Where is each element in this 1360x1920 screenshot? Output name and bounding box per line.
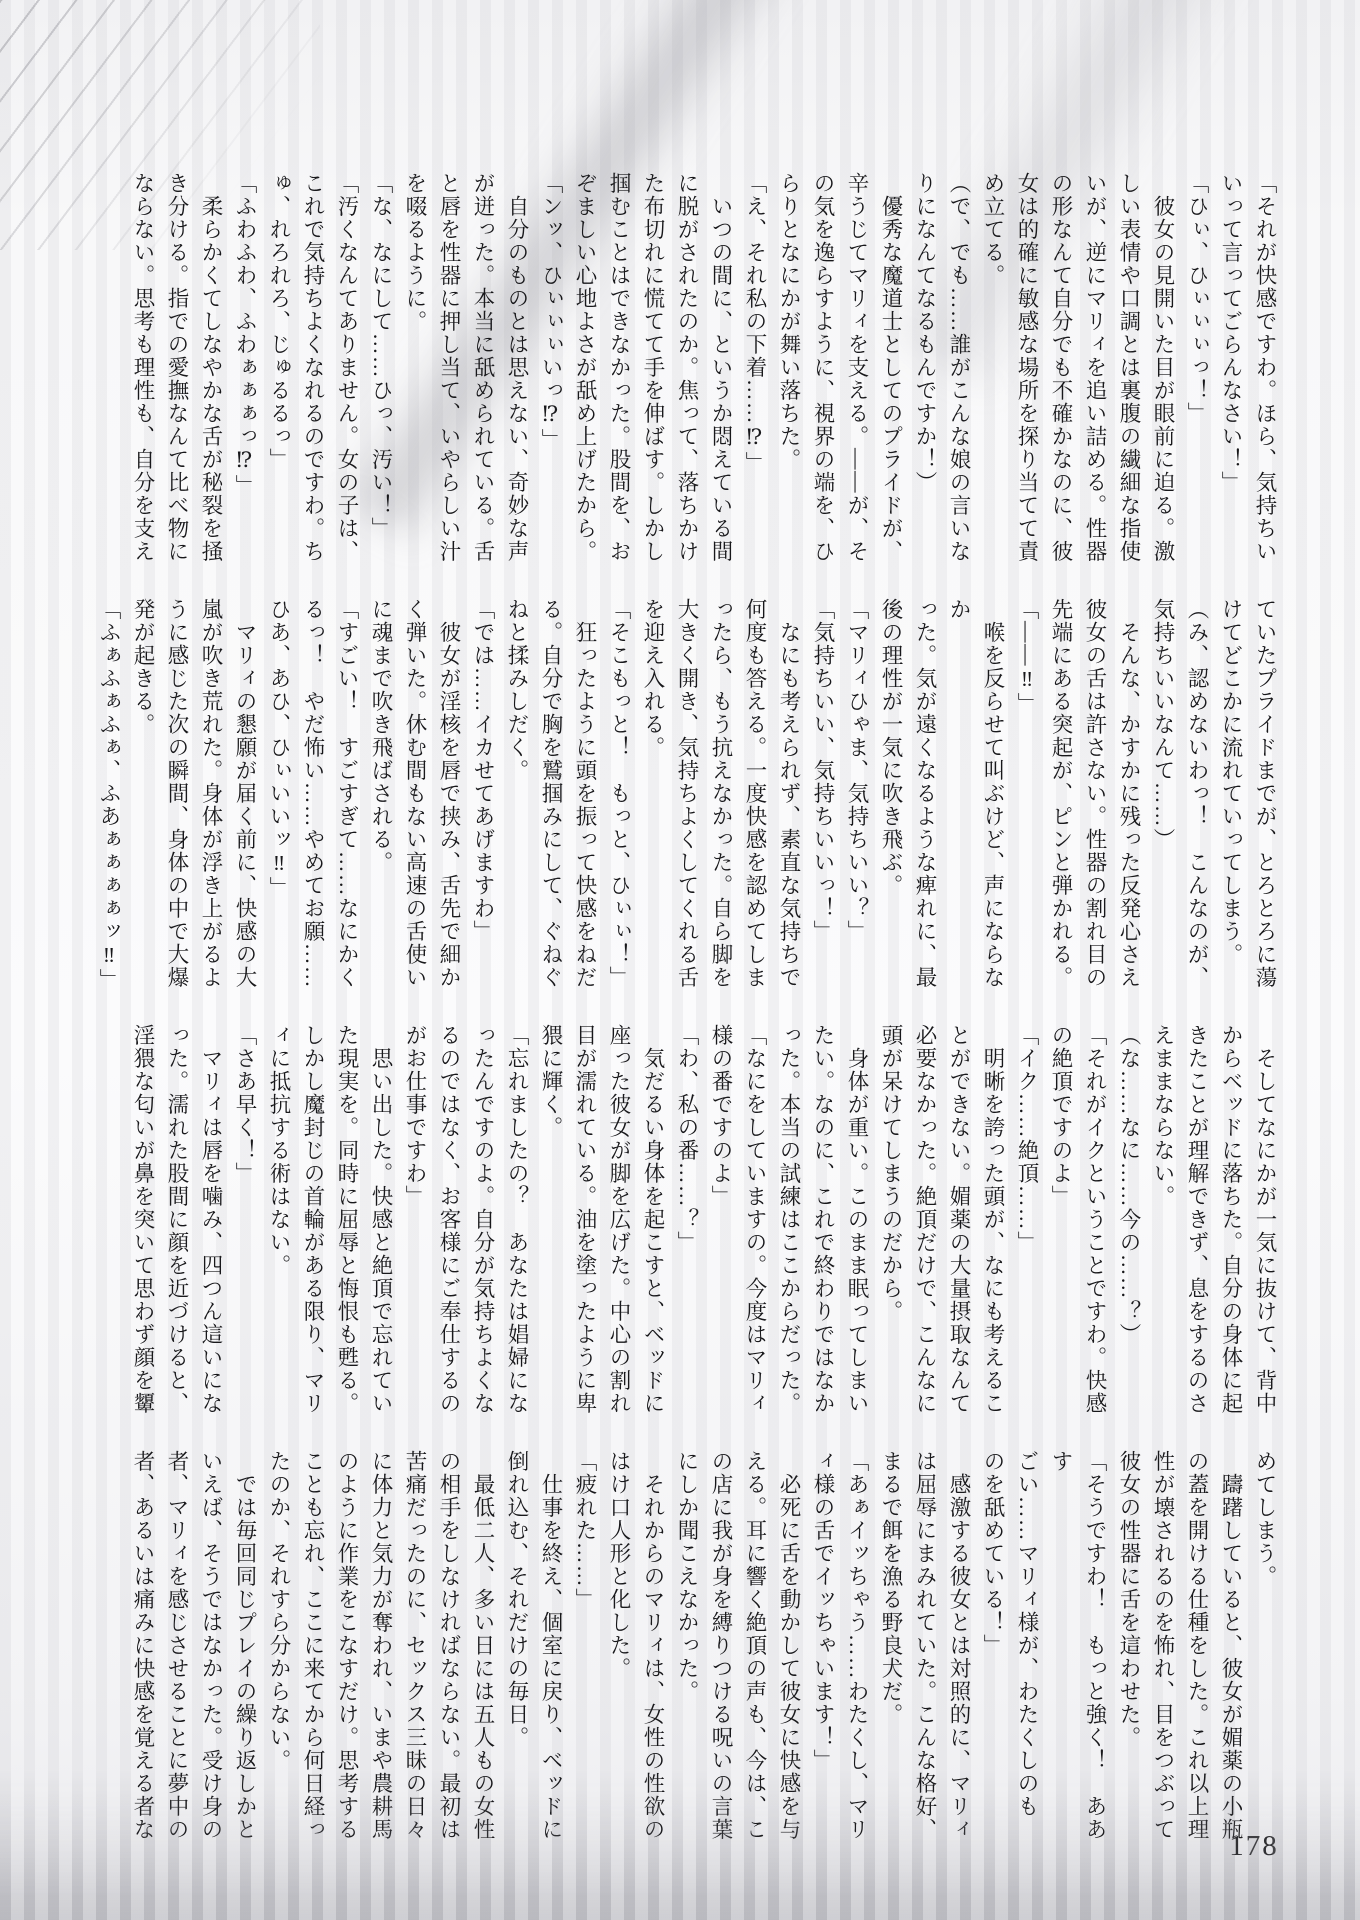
text-line: 「では……イカせてあげますわ」 <box>466 598 500 1010</box>
text-line: の店に我が身を縛りつける呪いの言葉 <box>704 1450 738 1862</box>
text-line: た現実を。同時に屈辱と悔恨も甦る。 <box>330 1024 364 1436</box>
text-line: 「疲れた……」 <box>568 1450 602 1862</box>
text-line: たのか、それすら分からない。 <box>262 1450 296 1862</box>
text-line: 「さあ早く！」 <box>228 1024 262 1436</box>
text-line: の気を逸らすように、視界の端を、ひ <box>806 172 840 584</box>
text-line: （み、認めないわっ！ こんなのが、 <box>1180 598 1214 1010</box>
text-line: ならない。思考も理性も、自分を支え <box>126 172 160 584</box>
text-line: 身体が重い。このまま眠ってしまい <box>840 1024 874 1436</box>
text-line: 「な、なにして……ひっ、汚い！」 <box>364 172 398 584</box>
text-line: 「気持ちいい、気持ちいいっ！」 <box>806 598 840 1010</box>
text-line: 頭が呆けてしまうのだから。 <box>874 1024 908 1436</box>
text-line: 苦痛だったのに、セックス三昧の日々 <box>398 1450 432 1862</box>
text-line: ひあ、あひ、ひぃいいッ‼」 <box>262 598 296 1010</box>
text-line: 「それが快感ですわ。ほら、気持ちい <box>1248 172 1282 584</box>
text-line: を啜るように。 <box>398 172 432 584</box>
text-line: の蓋を開ける仕種をした。これ以上理 <box>1180 1450 1214 1862</box>
text-line: のように作業をこなすだけ。思考する <box>330 1450 364 1862</box>
text-line: 「ふわふわ、ふわぁぁぁっ⁉」 <box>228 172 262 584</box>
text-line: 「わ、私の番……？」 <box>670 1024 704 1436</box>
text-line: 必要なかった。絶頂だけで、こんなに <box>908 1024 942 1436</box>
text-line: 発が起きる。 <box>126 598 160 1010</box>
text-line: いって言ってごらんなさい！」 <box>1214 172 1248 584</box>
text-line: に魂まで吹き飛ばされる。 <box>364 598 398 1010</box>
text-line: はけ口人形と化した。 <box>602 1450 636 1862</box>
text-line: ぞましい心地よさが舐め上げたから。 <box>568 172 602 584</box>
text-line: うに感じた次の瞬間、身体の中で大爆 <box>160 598 194 1010</box>
text-line: ねと揉みしだく。 <box>500 598 534 1010</box>
text-line: が迸った。本当に舐められている。舌 <box>466 172 500 584</box>
text-line: 彼女の性器に舌を這わせた。 <box>1112 1450 1146 1862</box>
text-line: らりとなにかが舞い落ちた。 <box>772 172 806 584</box>
text-line: にしか聞こえなかった。 <box>670 1450 704 1862</box>
text-line: った。気が遠くなるような痺れに、最 <box>908 598 942 1010</box>
text-line: 「え、それ私の下着……⁉」 <box>738 172 772 584</box>
text-band-4: めてしまう。 躊躇していると、彼女が媚薬の小瓶の蓋を開ける仕種をした。これ以上理… <box>126 1450 1282 1862</box>
text-line: では毎回同じプレイの繰り返しかと <box>228 1450 262 1862</box>
text-line: しかし魔封じの首輪がある限り、マリ <box>296 1024 330 1436</box>
text-line: 喉を反らせて叫ぶけど、声にならなか <box>942 598 1010 1010</box>
text-line: の絶頂ですのよ」 <box>1044 1024 1078 1436</box>
text-line: 「そこもっと！ もっと、ひぃぃ！」 <box>602 598 636 1010</box>
text-line: 柔らかくてしなやかな舌が秘裂を掻 <box>194 172 228 584</box>
text-line: （で、でも……誰がこんな娘の言いな <box>942 172 976 584</box>
text-line: 「イク……絶頂……」 <box>1010 1024 1044 1436</box>
text-line: 何度も答える。一度快感を認めてしま <box>738 598 772 1010</box>
text-line: の形なんて自分でも不確かなのに、彼 <box>1044 172 1078 584</box>
text-line: 「マリィひゃま、気持ちいい？」 <box>840 598 874 1010</box>
text-line: 「ひぃ、ひぃぃぃっ！」 <box>1180 172 1214 584</box>
text-line: 「すごい！ すごすぎて……なにかく <box>330 598 364 1010</box>
text-line: 者、あるいは痛みに快感を覚える者な <box>126 1450 160 1862</box>
text-line: いえば、そうではなかった。受け身の <box>194 1450 228 1862</box>
text-line: たい。なのに、これで終わりではなか <box>806 1024 840 1436</box>
text-line: いつの間に、というか悶えている間 <box>704 172 738 584</box>
text-line: 嵐が吹き荒れた。身体が浮き上がるよ <box>194 598 228 1010</box>
text-line: 倒れ込む、それだけの毎日。 <box>500 1450 534 1862</box>
text-line: 自分のものとは思えない、奇妙な声 <box>500 172 534 584</box>
text-line: き分ける。指での愛撫なんて比べ物に <box>160 172 194 584</box>
text-line: 「あぁイッちゃう……わたくし、マリ <box>840 1450 874 1862</box>
text-line: め立てる。 <box>976 172 1010 584</box>
text-line: いが、逆にマリィを追い詰める。性器 <box>1078 172 1112 584</box>
text-line: そしてなにかが一気に抜けて、背中 <box>1248 1024 1282 1436</box>
text-line: 感激する彼女とは対照的に、マリィ <box>942 1450 976 1862</box>
text-line: る。自分で胸を鷲掴みにして、ぐねぐ <box>534 598 568 1010</box>
text-line: 狂ったように頭を振って快感をねだ <box>568 598 602 1010</box>
text-line: ことも忘れ、ここに来てから何日経っ <box>296 1450 330 1862</box>
page-number: 178 <box>1224 1830 1284 1863</box>
text-line: まるで餌を漁る野良犬だ。 <box>874 1450 908 1862</box>
text-line: 座った彼女が脚を広げた。中心の割れ <box>602 1024 636 1436</box>
text-line: ったら、もう抗えなかった。自ら脚を <box>704 598 738 1010</box>
text-line: は屈辱にまみれていた。こんな格好、 <box>908 1450 942 1862</box>
text-line: 「忘れましたの？ あなたは娼婦にな <box>500 1024 534 1436</box>
text-line: 淫猥な匂いが鼻を突いて思わず顔を顰 <box>126 1024 160 1436</box>
text-line: 掴むことはできなかった。股間を、お <box>602 172 636 584</box>
text-line: しい表情や口調とは裏腹の繊細な指使 <box>1112 172 1146 584</box>
text-line: マリィの懇願が届く前に、快感の大 <box>228 598 262 1010</box>
text-line: 「それがイクということですわ。快感 <box>1078 1024 1112 1436</box>
text-line: 目が濡れている。油を塗ったように卑 <box>568 1024 602 1436</box>
text-line: える。耳に響く絶頂の声も、今は、こ <box>738 1450 772 1862</box>
text-line: 先端にある突起が、ピンと弾かれる。 <box>1044 598 1078 1010</box>
text-line: 彼女が淫核を唇で挟み、舌先で細か <box>432 598 466 1010</box>
text-line: マリィは唇を噛み、四つん這いにな <box>194 1024 228 1436</box>
text-line: がお仕事ですわ」 <box>398 1024 432 1436</box>
text-line: るのではなく、お客様にご奉仕するの <box>432 1024 466 1436</box>
text-line: 「そうですわ！ もっと強く！ ああす <box>1044 1450 1112 1862</box>
text-line: ったんですのよ。自分が気持ちよくな <box>466 1024 500 1436</box>
text-line: 思い出した。快感と絶頂で忘れてい <box>364 1024 398 1436</box>
text-line: 優秀な魔道士としてのプライドが、 <box>874 172 908 584</box>
text-line: とができない。媚薬の大量摂取なんて <box>942 1024 976 1436</box>
text-line: 大きく開き、気持ちよくしてくれる舌 <box>670 598 704 1010</box>
text-line: く弾いた。休む間もない高速の舌使い <box>398 598 432 1010</box>
text-line: に体力と気力が奪われ、いまや農耕馬 <box>364 1450 398 1862</box>
text-line: った。濡れた股間に顔を近づけると、 <box>160 1024 194 1436</box>
text-line: った。本当の試練はここからだった。 <box>772 1024 806 1436</box>
text-line: なにも考えられず、素直な気持ちで <box>772 598 806 1010</box>
text-line: に脱がされたのか。焦って、落ちかけ <box>670 172 704 584</box>
text-band-1: 「それが快感ですわ。ほら、気持ちいいって言ってごらんなさい！」「ひぃ、ひぃぃぃっ… <box>126 172 1282 584</box>
text-line: 最低二人、多い日には五人もの女性 <box>466 1450 500 1862</box>
text-line: りになんてなるもんですか！） <box>908 172 942 584</box>
text-line: 様の番ですのよ」 <box>704 1024 738 1436</box>
text-line: 彼女の見開いた目が眼前に迫る。激 <box>1146 172 1180 584</box>
text-line: 必死に舌を動かして彼女に快感を与 <box>772 1450 806 1862</box>
text-line: ごい……マリィ様が、わたくしのも <box>1010 1450 1044 1862</box>
text-line: きたことが理解できず、息をするのさ <box>1180 1024 1214 1436</box>
text-line: けてどこかに流れていってしまう。 <box>1214 598 1248 1010</box>
text-line: 気持ちいいなんて……） <box>1146 598 1180 1010</box>
text-line: 仕事を終え、個室に戻り、ベッドに <box>534 1450 568 1862</box>
text-line: ていたプライドまでが、とろとろに蕩 <box>1248 598 1282 1010</box>
text-line: 性が壊されるのを怖れ、目をつぶって <box>1146 1450 1180 1862</box>
text-line: 辛うじてマリィを支える。――が、そ <box>840 172 874 584</box>
text-line: そんな、かすかに残った反発心さえ <box>1112 598 1146 1010</box>
text-line: からベッドに落ちた。自分の身体に起 <box>1214 1024 1248 1436</box>
text-line: これで気持ちよくなれるのですわ。ち <box>296 172 330 584</box>
text-line: 「汚くなんてありません。女の子は、 <box>330 172 364 584</box>
text-line: 気だるい身体を起こすと、ベッドに <box>636 1024 670 1436</box>
text-line: を迎え入れる。 <box>636 598 670 1010</box>
text-line: と唇を性器に押し当て、いやらしい汁 <box>432 172 466 584</box>
text-line: るっ！ やだ怖い……やめてお願…… <box>296 598 330 1010</box>
text-line: ィ様の舌でイッちゃいます！」 <box>806 1450 840 1862</box>
text-line: 女は的確に敏感な場所を探り当てて責 <box>1010 172 1044 584</box>
text-line: 「ンッ、ひぃぃぃいっ⁉」 <box>534 172 568 584</box>
text-line: 「――‼」 <box>1010 598 1044 1010</box>
text-line: それからのマリィは、女性の性欲の <box>636 1450 670 1862</box>
text-band-2: ていたプライドまでが、とろとろに蕩けてどこかに流れていってしまう。（み、認めない… <box>92 598 1282 1010</box>
text-line: 者、マリィを感じさせることに夢中の <box>160 1450 194 1862</box>
text-line: 「ふぁふぁふぁ、ふあぁぁぁぁッ‼」 <box>92 598 126 1010</box>
text-line: の相手をしなければならない。最初は <box>432 1450 466 1862</box>
text-line: 彼女の舌は許さない。性器の割れ目の <box>1078 598 1112 1010</box>
text-line: えままならない。 <box>1146 1024 1180 1436</box>
text-line: （な……なに……今の……？） <box>1112 1024 1146 1436</box>
text-line: 躊躇していると、彼女が媚薬の小瓶 <box>1214 1450 1248 1862</box>
text-line: 後の理性が一気に吹き飛ぶ。 <box>874 598 908 1010</box>
text-band-3: そしてなにかが一気に抜けて、背中からベッドに落ちた。自分の身体に起きたことが理解… <box>126 1024 1282 1436</box>
text-line: 明晰を誇った頭が、なにも考えるこ <box>976 1024 1010 1436</box>
text-line: 「なにをしていますの。今度はマリィ <box>738 1024 772 1436</box>
text-line: のを舐めている！」 <box>976 1450 1010 1862</box>
text-line: めてしまう。 <box>1248 1450 1282 1862</box>
text-line: 猥に輝く。 <box>534 1024 568 1436</box>
text-line: た布切れに慌てて手を伸ばす。しかし <box>636 172 670 584</box>
text-line: ィに抵抗する術はない。 <box>262 1024 296 1436</box>
text-line: ゅ、れろれろ、じゅるるっ」 <box>262 172 296 584</box>
